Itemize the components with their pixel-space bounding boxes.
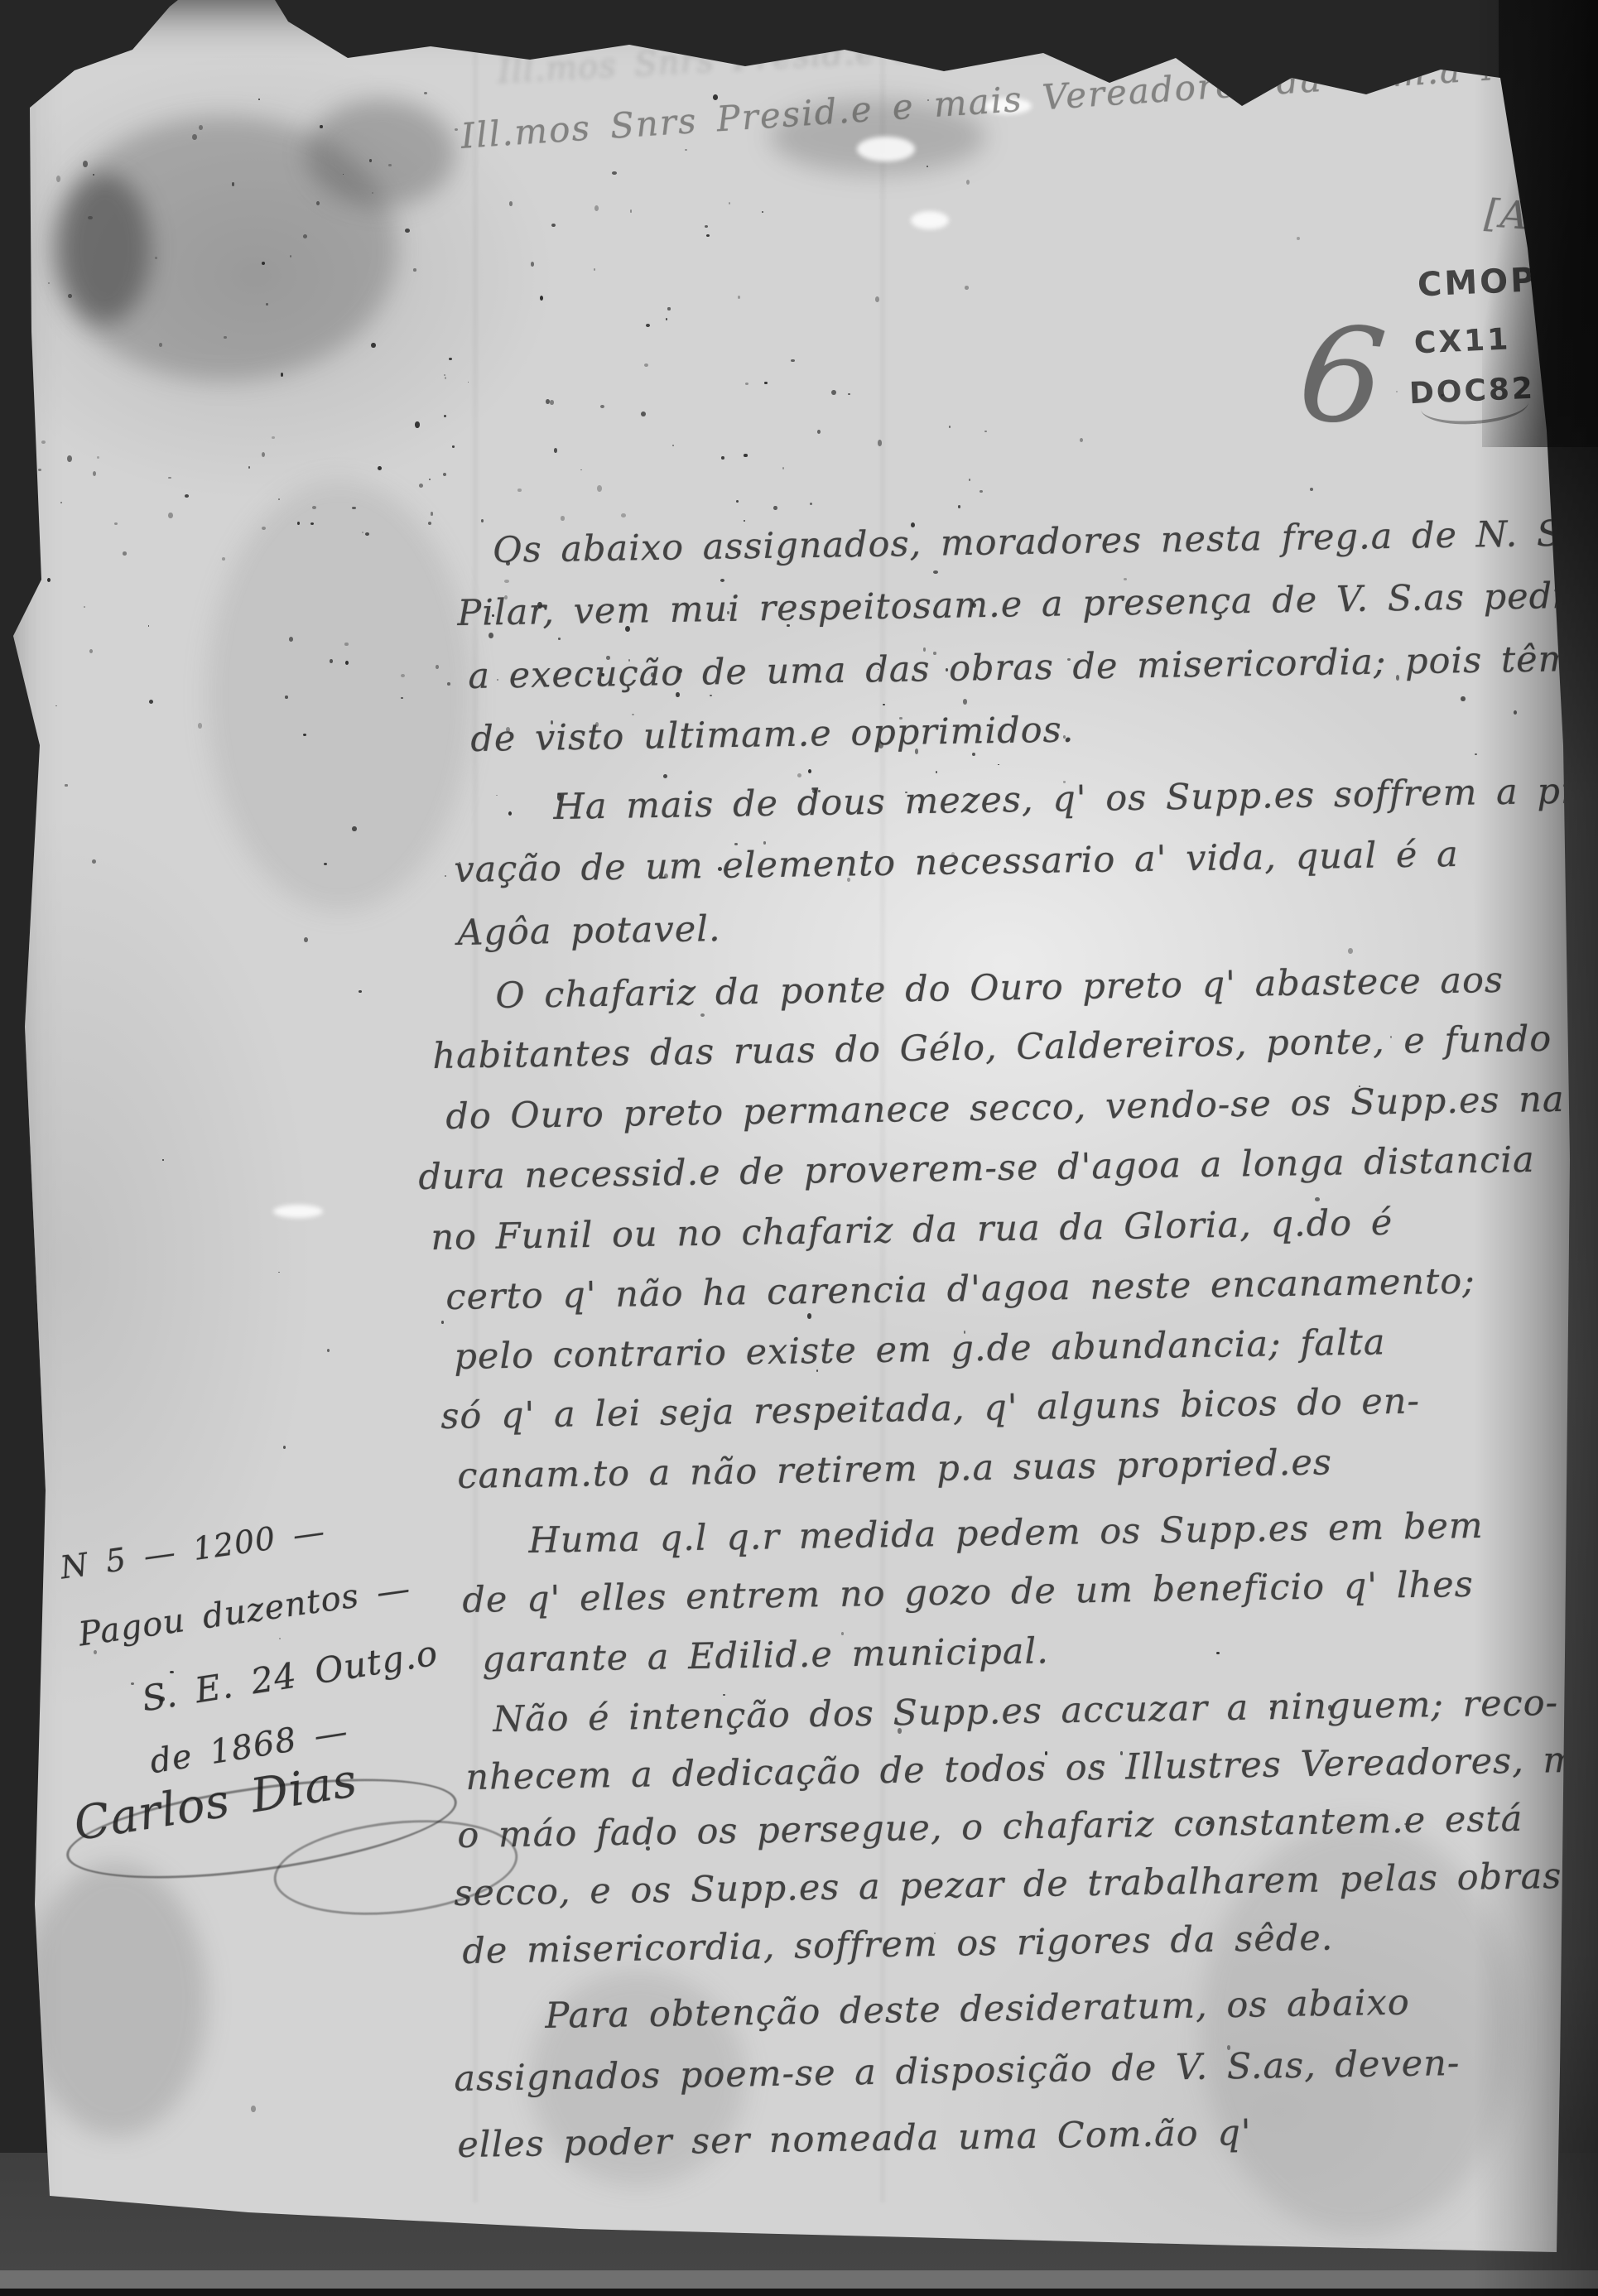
- speckle: [762, 211, 763, 213]
- speckle: [419, 484, 423, 488]
- speckle: [372, 192, 373, 194]
- speckle: [979, 490, 983, 493]
- speckle: [721, 456, 724, 460]
- speckle: [496, 795, 498, 797]
- speckle: [1216, 1652, 1220, 1654]
- speckle: [972, 753, 975, 756]
- speckle: [445, 377, 447, 380]
- speckle: [84, 606, 85, 608]
- speckle: [365, 532, 369, 536]
- speckle: [685, 149, 687, 151]
- speckle: [764, 382, 767, 385]
- speckle: [278, 1272, 280, 1273]
- speckle: [700, 1013, 705, 1017]
- speckle: [41, 440, 46, 444]
- speckle: [443, 473, 446, 476]
- speckle: [345, 661, 349, 665]
- speckle: [808, 769, 812, 774]
- speckle: [304, 937, 308, 942]
- speckle: [65, 784, 67, 786]
- speckle: [123, 551, 127, 556]
- speckle: [47, 578, 51, 582]
- speckle: [745, 383, 748, 385]
- speckle: [162, 1159, 165, 1161]
- speckle: [272, 436, 275, 439]
- speckle: [600, 405, 604, 408]
- speckle: [773, 506, 777, 511]
- speckle: [429, 479, 431, 480]
- speckle: [92, 859, 96, 864]
- speckle: [449, 358, 452, 361]
- speckle: [597, 485, 602, 492]
- speckle: [362, 532, 363, 533]
- speckle: [222, 557, 226, 561]
- document-paper: Ill.mos Snrs Presid.e e mais Vereadores …: [0, 0, 1598, 2296]
- speckle: [359, 990, 362, 993]
- speckle: [720, 579, 724, 582]
- speckle: [371, 343, 375, 348]
- speckle: [782, 467, 785, 470]
- speckle: [1297, 237, 1300, 240]
- speckle: [791, 359, 795, 363]
- speckle: [93, 174, 94, 176]
- speckle: [159, 343, 162, 347]
- speckle: [262, 262, 266, 266]
- speckle: [878, 440, 883, 446]
- speckle: [168, 513, 173, 518]
- scanned-manuscript-page: Ill.mos Snrs Presid.e e mais Vereadores …: [0, 0, 1598, 2296]
- speckle: [744, 454, 747, 457]
- speckle: [508, 811, 512, 816]
- speckle: [38, 469, 41, 472]
- speckle: [481, 519, 484, 522]
- speckle: [258, 99, 260, 100]
- speckle: [550, 400, 554, 404]
- speckle: [1396, 391, 1398, 392]
- speckle: [369, 159, 372, 161]
- speckle: [343, 174, 344, 175]
- speckle: [933, 570, 938, 574]
- speckle: [831, 390, 836, 395]
- speckle: [441, 1321, 444, 1324]
- speckle: [644, 363, 648, 368]
- speckle: [1315, 1197, 1320, 1201]
- scanner-bottom-edge: [0, 2289, 1598, 2296]
- speckle: [281, 373, 283, 377]
- speckle: [1080, 438, 1083, 442]
- speckle: [60, 502, 62, 504]
- speckle: [621, 513, 626, 517]
- archive-code-box: CX11: [1413, 322, 1511, 360]
- speckle: [401, 697, 403, 700]
- speckle: [290, 255, 292, 258]
- speckle: [468, 382, 469, 383]
- speckle: [875, 296, 879, 302]
- speckle: [1514, 710, 1517, 715]
- speckle: [710, 695, 712, 697]
- speckle: [452, 445, 455, 448]
- speckle: [1475, 753, 1477, 755]
- speckle: [958, 505, 960, 508]
- speckle: [594, 205, 599, 211]
- speckle: [192, 134, 197, 140]
- speckle: [447, 682, 450, 686]
- scanner-bottom-strip: [0, 2270, 1598, 2289]
- speckle: [415, 421, 419, 428]
- speckle: [248, 466, 250, 469]
- speckle: [262, 527, 266, 530]
- speckle: [554, 448, 558, 453]
- speckle: [352, 507, 356, 510]
- speckle: [1310, 488, 1313, 491]
- speckle: [561, 516, 565, 520]
- speckle: [646, 324, 650, 328]
- speckle: [663, 774, 667, 778]
- speckle: [155, 257, 157, 259]
- speckle: [936, 771, 937, 773]
- speckle: [251, 2106, 256, 2112]
- speckle: [405, 229, 410, 233]
- speckle: [927, 166, 928, 167]
- speckle: [444, 415, 446, 417]
- speckle: [797, 773, 802, 777]
- speckle: [114, 522, 118, 525]
- speckle: [352, 826, 357, 831]
- speckle: [320, 125, 323, 129]
- speckle: [949, 426, 951, 428]
- speckle: [763, 841, 767, 845]
- speckle: [431, 512, 434, 516]
- speckle: [966, 180, 970, 185]
- speckle: [67, 455, 72, 462]
- speckle: [883, 704, 885, 705]
- speckle: [424, 92, 427, 94]
- speckle: [706, 234, 710, 237]
- speckle: [1124, 578, 1127, 580]
- speckle: [388, 164, 392, 166]
- speckle: [312, 506, 316, 509]
- speckle: [401, 674, 405, 677]
- speckle: [540, 296, 543, 301]
- speckle: [39, 2075, 41, 2077]
- speckle: [310, 522, 315, 526]
- speckle: [68, 294, 72, 298]
- speckle: [56, 176, 60, 182]
- speckle: [810, 503, 812, 505]
- speckle: [641, 412, 646, 416]
- speckle: [504, 580, 508, 583]
- speckle: [55, 705, 57, 707]
- speckle: [969, 479, 970, 481]
- speckle: [848, 393, 850, 395]
- speckle: [330, 659, 333, 663]
- speckle: [168, 477, 171, 479]
- speckle: [303, 234, 307, 238]
- speckle: [285, 696, 287, 699]
- speckle: [729, 202, 731, 205]
- speckle: [984, 431, 986, 432]
- speckle: [93, 471, 97, 477]
- speckle: [428, 522, 431, 525]
- speckle: [185, 494, 189, 498]
- speckle: [149, 700, 153, 704]
- speckle: [297, 522, 300, 525]
- speckle: [455, 128, 458, 131]
- speckle: [283, 1446, 286, 1449]
- speckle: [48, 282, 50, 284]
- speckle: [551, 224, 556, 228]
- speckle: [316, 201, 320, 206]
- speckle: [963, 699, 967, 704]
- speckle: [666, 318, 667, 320]
- speckle: [89, 649, 93, 653]
- speckle: [97, 456, 99, 459]
- speckle: [1461, 696, 1466, 701]
- speckle: [199, 125, 203, 130]
- speckle: [817, 430, 821, 435]
- speckle: [445, 875, 446, 877]
- speckle: [327, 1349, 330, 1352]
- speckle: [531, 262, 535, 267]
- speckle: [807, 1313, 812, 1319]
- speckle: [436, 665, 440, 669]
- speckle: [509, 201, 513, 206]
- speckle: [88, 216, 92, 219]
- speckle: [262, 452, 266, 457]
- speckle: [672, 445, 674, 446]
- speckle: [612, 171, 617, 175]
- speckle: [1348, 948, 1353, 954]
- speckle: [738, 296, 740, 299]
- speckle: [266, 303, 268, 306]
- manuscript-line: Agôa potavel.: [457, 908, 721, 954]
- speckle: [278, 498, 280, 500]
- speckle: [324, 863, 327, 865]
- speckle: [594, 268, 596, 271]
- speckle: [736, 500, 739, 503]
- speckle: [279, 1638, 281, 1639]
- speckle: [744, 520, 745, 522]
- pencil-number: 6: [1292, 294, 1393, 457]
- speckle: [303, 734, 306, 736]
- speckle: [378, 466, 382, 470]
- speckle: [198, 723, 203, 729]
- speckle: [232, 182, 235, 185]
- speckle: [998, 764, 999, 766]
- speckle: [224, 336, 227, 339]
- speckle: [558, 638, 561, 639]
- speckle: [630, 209, 633, 213]
- speckle: [148, 625, 150, 627]
- speckle: [413, 268, 417, 272]
- speckle: [289, 637, 294, 642]
- speckle: [965, 286, 970, 290]
- speckle: [131, 1682, 134, 1685]
- speckle: [83, 161, 88, 167]
- speckle: [580, 469, 582, 470]
- speckle: [517, 489, 521, 492]
- speckle: [667, 307, 670, 310]
- speckle: [344, 643, 348, 646]
- speckle: [705, 225, 708, 228]
